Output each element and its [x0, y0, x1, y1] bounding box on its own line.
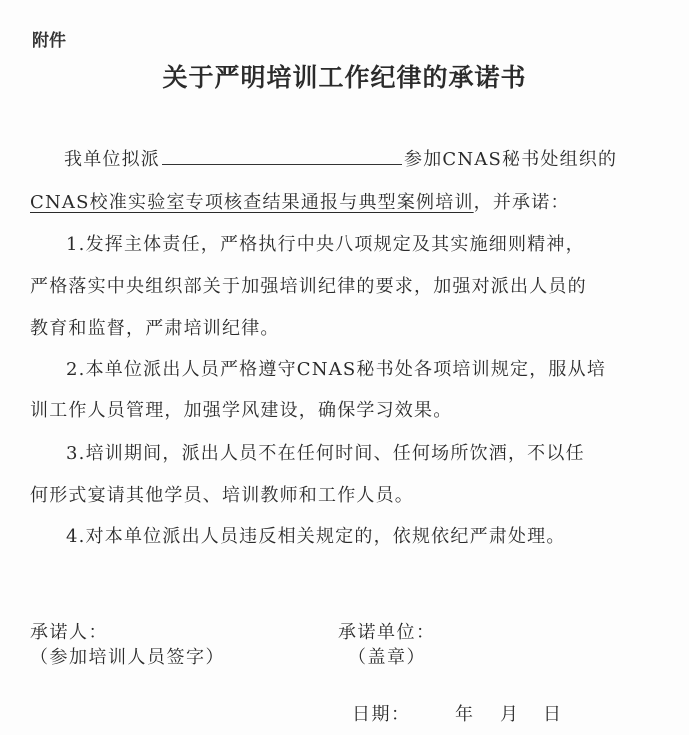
item-1-line-3: 教育和监督，严肃培训纪律。	[30, 314, 280, 340]
training-name: CNAS校准实验室专项核查结果通报与典型案例培训	[30, 192, 474, 213]
date-label: 日期：	[352, 700, 411, 726]
intro-suffix: 参加CNAS秘书处组织的	[404, 149, 617, 170]
item-1-line-1: 1.发挥主体责任，严格执行中央八项规定及其实施细则精神，	[66, 230, 585, 256]
item-2-line-1: 2.本单位派出人员严格遵守CNAS秘书处各项培训规定，服从培	[66, 355, 606, 381]
item-1-line-2: 严格落实中央组织部关于加强培训纪律的要求，加强对派出人员的	[30, 272, 587, 298]
intro-line-1: 我单位拟派参加CNAS秘书处组织的	[64, 145, 617, 171]
unit-label: 承诺单位：	[338, 618, 436, 644]
item-3-line-2: 何形式宴请其他学员、培训教师和工作人员。	[30, 481, 414, 507]
promisor-note: （参加培训人员签字）	[30, 643, 225, 669]
item-2-line-2: 训工作人员管理，加强学风建设，确保学习效果。	[30, 396, 452, 422]
intro-tail: ，并承诺：	[474, 192, 570, 213]
item-4-line-1: 4.对本单位派出人员违反相关规定的，依规依纪严肃处理。	[66, 522, 566, 548]
date-year: 年	[455, 700, 475, 726]
date-month: 月	[500, 700, 520, 726]
intro-prefix: 我单位拟派	[64, 149, 160, 170]
document-title: 关于严明培训工作纪律的承诺书	[0, 58, 689, 94]
unit-note: （盖章）	[348, 643, 426, 669]
delegate-name-blank[interactable]	[162, 146, 402, 165]
date-day: 日	[543, 700, 563, 726]
promisor-label: 承诺人：	[30, 618, 108, 644]
item-3-line-1: 3.培训期间，派出人员不在任何时间、任何场所饮酒，不以任	[66, 439, 585, 465]
attachment-label: 附件	[32, 26, 66, 51]
intro-line-2: CNAS校准实验室专项核查结果通报与典型案例培训，并承诺：	[30, 188, 570, 214]
